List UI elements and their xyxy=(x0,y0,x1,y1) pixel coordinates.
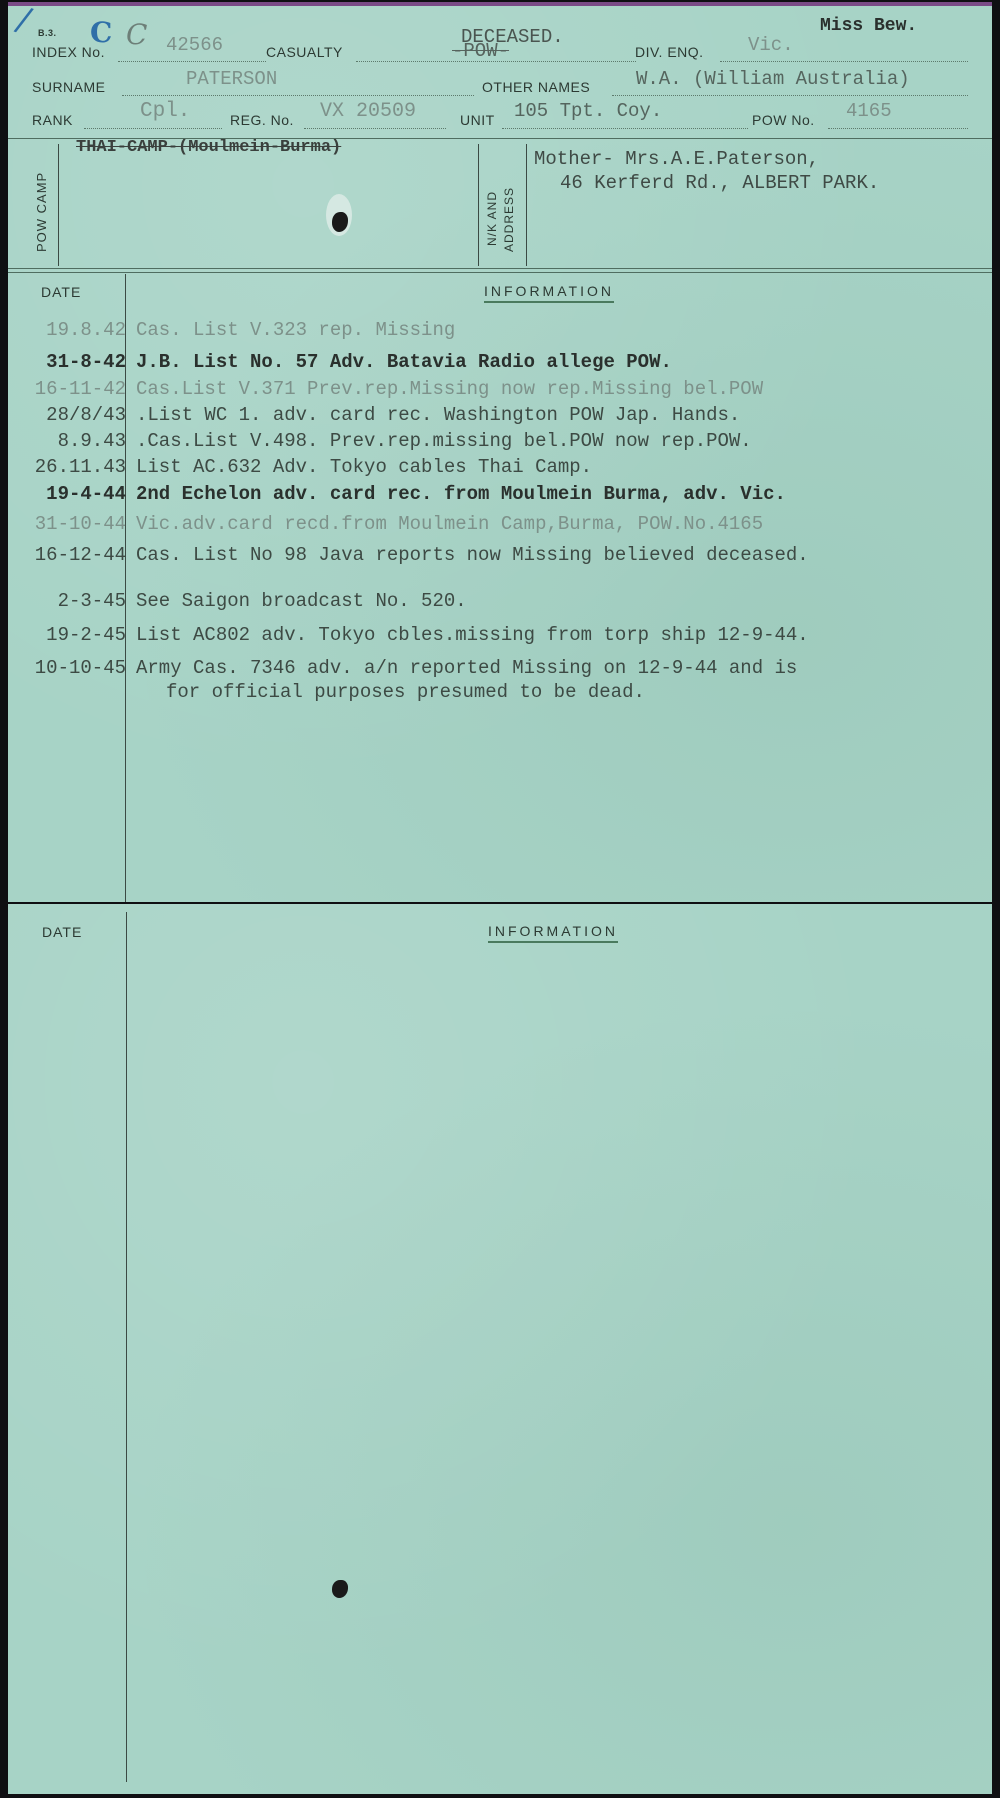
nok-label-line1: N/K AND xyxy=(485,191,499,246)
entry-text: Cas. List No 98 Java reports now Missing… xyxy=(136,544,809,566)
div-enq-value: Vic. xyxy=(748,34,794,56)
entry-date: 8.9.43 xyxy=(8,430,126,452)
nok-line2: 46 Kerferd Rd., ALBERT PARK. xyxy=(560,172,879,194)
entry-text: 2nd Echelon adv. card rec. from Moulmein… xyxy=(136,483,786,505)
punch-hole xyxy=(332,1580,348,1598)
entry-text: Cas. List V.323 rep. Missing xyxy=(136,319,455,341)
rank-label: RANK xyxy=(32,112,73,128)
card-front: / B.3. C C INDEX No. 42566 CASUALTY -POW… xyxy=(8,2,992,902)
rank-value: Cpl. xyxy=(140,100,190,123)
entry-text-continuation: for official purposes presumed to be dea… xyxy=(166,681,645,703)
entry-date: 19-4-44 xyxy=(8,483,126,505)
surname-label: SURNAME xyxy=(32,79,106,95)
pow-camp-value: THAI-CAMP-(Moulmein-Burma) xyxy=(76,138,341,157)
card-back: DATE INFORMATION xyxy=(8,904,992,1794)
index-no-label: INDEX No. xyxy=(32,44,105,60)
entry-text: .Cas.List V.498. Prev.rep.missing bel.PO… xyxy=(136,430,752,452)
entry-text: Army Cas. 7346 adv. a/n reported Missing… xyxy=(136,657,797,679)
other-names-value: W.A. (William Australia) xyxy=(636,68,910,90)
entry-date: 16-11-42 xyxy=(8,378,126,400)
pow-no-label: POW No. xyxy=(752,112,815,128)
entry-text: Vic.adv.card recd.from Moulmein Camp,Bur… xyxy=(136,513,763,535)
entry-date: 28/8/43 xyxy=(8,404,126,426)
back-date-header: DATE xyxy=(42,924,82,940)
unit-label: UNIT xyxy=(460,112,495,128)
entry-date: 26.11.43 xyxy=(8,456,126,478)
entry-date: 31-8-42 xyxy=(8,351,126,373)
entry-text: .List WC 1. adv. card rec. Washington PO… xyxy=(136,404,740,426)
back-information-header: INFORMATION xyxy=(488,923,618,943)
entry-text: Cas.List V.371 Prev.rep.Missing now rep.… xyxy=(136,378,763,400)
entry-text: See Saigon broadcast No. 520. xyxy=(136,590,467,612)
entry-date: 19.8.42 xyxy=(8,319,126,341)
date-header: DATE xyxy=(41,284,81,300)
entry-date: 31-10-44 xyxy=(8,513,126,535)
information-header: INFORMATION xyxy=(484,283,614,303)
slash-mark: / xyxy=(12,0,36,41)
casualty-label: CASUALTY xyxy=(266,44,343,60)
entry-text: List AC802 adv. Tokyo cbles.missing from… xyxy=(136,624,809,646)
entry-date: 2-3-45 xyxy=(8,590,126,612)
entry-date: 10-10-45 xyxy=(8,657,126,679)
div-enq-note: Miss Bew. xyxy=(820,16,917,36)
unit-value: 105 Tpt. Coy. xyxy=(514,100,662,122)
entry-date: 19-2-45 xyxy=(8,624,126,646)
pow-camp-label: POW CAMP xyxy=(34,172,49,252)
entry-text: List AC.632 Adv. Tokyo cables Thai Camp. xyxy=(136,456,592,478)
nok-line1: Mother- Mrs.A.E.Paterson, xyxy=(534,148,819,170)
entry-date: 16-12-44 xyxy=(8,544,126,566)
entry-text: J.B. List No. 57 Adv. Batavia Radio alle… xyxy=(136,351,672,373)
nok-label-line2: ADDRESS xyxy=(502,187,516,252)
form-code: B.3. xyxy=(38,28,57,38)
pow-no-value: 4165 xyxy=(846,100,892,122)
index-no-value: 42566 xyxy=(166,34,223,56)
reg-no-label: REG. No. xyxy=(230,112,294,128)
surname-value: PATERSON xyxy=(186,68,277,90)
reg-no-value: VX 20509 xyxy=(320,100,416,123)
div-enq-label: DIV. ENQ. xyxy=(635,44,704,60)
pencil-letter-mark: C xyxy=(126,18,147,51)
other-names-label: OTHER NAMES xyxy=(482,79,590,95)
casualty-value: DECEASED. xyxy=(461,26,564,48)
